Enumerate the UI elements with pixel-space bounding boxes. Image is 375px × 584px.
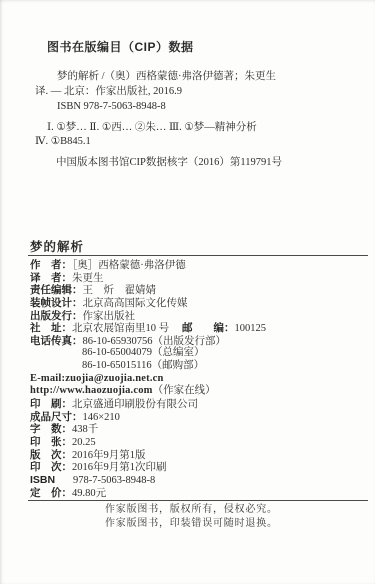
- colon: ：: [72, 335, 83, 347]
- field-label: 电话传真: [30, 335, 72, 347]
- field-value: 86-10-65004079（总编室）: [82, 347, 205, 358]
- colon: ：: [72, 310, 83, 322]
- field-label: 印 刷: [30, 398, 62, 410]
- book-title: 梦的解析: [30, 237, 84, 255]
- colon: ：: [62, 259, 73, 271]
- postal-code-group: 邮 编：100125: [182, 322, 266, 336]
- field-value: 978-7-5063-8948-8: [73, 475, 155, 486]
- exchange-notice: 作家版图书，印装错误可随时退换。: [105, 517, 278, 531]
- cip-line-isbn: ISBN 978-7-5063-8948-8: [57, 100, 166, 113]
- row-edition: 版 次：2016年9月第1版: [30, 449, 360, 462]
- field-label: 社 址: [30, 322, 62, 334]
- row-price: 定 价：49.80元: [30, 487, 360, 500]
- row-author: 作 者：［奥］西格蒙德·弗洛伊德: [30, 259, 360, 272]
- colon: ：: [62, 398, 73, 410]
- row-address: 社 址：北京农展馆南里10 号 邮 编：100125: [30, 322, 360, 335]
- field-label: 字 数: [30, 423, 62, 435]
- row-cover-design: 装帧设计：北京高高国际文化传媒: [30, 297, 360, 310]
- row-printer: 印 刷：北京盛通印刷股份有限公司: [30, 398, 360, 411]
- publication-info-list: 作 者：［奥］西格蒙德·弗洛伊德 译 者：朱更生 责任编辑：王 炘 翟婧婧 装帧…: [30, 259, 360, 499]
- field-label: 出版发行: [30, 310, 72, 322]
- field-value: 作家出版社: [83, 311, 136, 322]
- field-label: 作 者: [30, 259, 62, 271]
- cip-line-classification: Ⅰ. ①梦… Ⅱ. ①西… ②朱… Ⅲ. ①梦—精神分析: [47, 121, 257, 134]
- row-email: E-mail:zuojia@zuojia.net.cn: [30, 373, 360, 386]
- cip-line-title-author: 梦的解析 /（奥）西格蒙德·弗洛伊德著；朱更生: [57, 70, 276, 83]
- email-address: E-mail:zuojia@zuojia.net.cn: [30, 373, 164, 384]
- title-divider: [28, 255, 368, 256]
- colon: ：: [62, 322, 73, 334]
- row-phone-publishing: 电话传真：86-10-65930756（出版发行部）: [30, 335, 360, 348]
- field-label: 装帧设计: [30, 297, 72, 309]
- row-isbn: ISBN978-7-5063-8948-8: [30, 474, 360, 487]
- field-label: 版 次: [30, 449, 62, 461]
- field-label: 定 价: [30, 487, 62, 499]
- row-printed-sheets: 印 张：20.25: [30, 436, 360, 449]
- colon: ：: [72, 284, 83, 296]
- field-value: 朱更生: [72, 273, 104, 284]
- copyright-notice: 作家版图书，版权所有，侵权必究。: [105, 503, 278, 517]
- cip-line-registration-number: 中国版本图书馆CIP数据核字（2016）第119791号: [56, 156, 282, 169]
- copyright-notes: 作家版图书，版权所有，侵权必究。 作家版图书，印装错误可随时退换。: [105, 503, 278, 531]
- field-label: ISBN: [30, 474, 73, 487]
- cip-heading: 图书在版编目（CIP）数据: [47, 38, 194, 55]
- notes-divider: [28, 500, 368, 501]
- colon: ：: [224, 322, 235, 334]
- field-value: 2016年9月第1版: [72, 450, 146, 461]
- field-value: 86-10-65015116（邮购部）: [82, 360, 204, 371]
- postal-code-value: 100125: [235, 323, 267, 334]
- field-value: 北京高高国际文化传媒: [83, 298, 188, 309]
- field-label: 印 次: [30, 461, 62, 473]
- field-label: 印 张: [30, 436, 62, 448]
- book-copyright-page: 图书在版编目（CIP）数据 梦的解析 /（奥）西格蒙德·弗洛伊德著；朱更生 译.…: [0, 0, 375, 584]
- colon: ：: [62, 461, 73, 473]
- row-phone-mail-order: 86-10-65015116（邮购部）: [30, 360, 360, 373]
- field-value: 146×210: [83, 412, 120, 423]
- field-value: 20.25: [72, 437, 96, 448]
- field-value: 2016年9月第1次印刷: [72, 462, 167, 473]
- colon: ：: [62, 423, 73, 435]
- website-url: http://www.haozuojia.com: [30, 385, 153, 396]
- field-value: 49.80元: [72, 488, 106, 499]
- row-website: http://www.haozuojia.com（作家在线）: [30, 385, 360, 398]
- field-value: ［奥］西格蒙德·弗洛伊德: [72, 260, 186, 271]
- field-value: 北京盛通印刷股份有限公司: [72, 399, 198, 410]
- field-label: 译 者: [30, 272, 62, 284]
- colon: ：: [72, 297, 83, 309]
- field-value: 王 炘 翟婧婧: [83, 285, 157, 296]
- row-phone-editorial: 86-10-65004079（总编室）: [30, 347, 360, 360]
- website-suffix: （作家在线）: [153, 385, 216, 396]
- row-publisher: 出版发行：作家出版社: [30, 310, 360, 323]
- row-translator: 译 者：朱更生: [30, 272, 360, 285]
- cip-line-class-number: Ⅳ. ①B845.1: [35, 135, 91, 148]
- field-value: 北京农展馆南里10 号: [72, 323, 169, 334]
- row-trim-size: 成品尺寸：146×210: [30, 411, 360, 424]
- colon: ：: [62, 436, 73, 448]
- colon: ：: [72, 411, 83, 423]
- field-label: 责任编辑: [30, 284, 72, 296]
- colon: ：: [62, 449, 73, 461]
- postal-code-label: 邮 编: [182, 322, 224, 334]
- cip-line-publisher: 译. — 北京：作家出版社, 2016.9: [35, 85, 182, 98]
- field-value: 86-10-65930756（出版发行部）: [83, 336, 227, 347]
- field-label: 成品尺寸: [30, 411, 72, 423]
- row-word-count: 字 数：438千: [30, 423, 360, 436]
- colon: ：: [62, 487, 73, 499]
- colon: ：: [62, 272, 73, 284]
- row-impression: 印 次：2016年9月第1次印刷: [30, 461, 360, 474]
- row-responsible-editor: 责任编辑：王 炘 翟婧婧: [30, 284, 360, 297]
- field-value: 438千: [72, 424, 98, 435]
